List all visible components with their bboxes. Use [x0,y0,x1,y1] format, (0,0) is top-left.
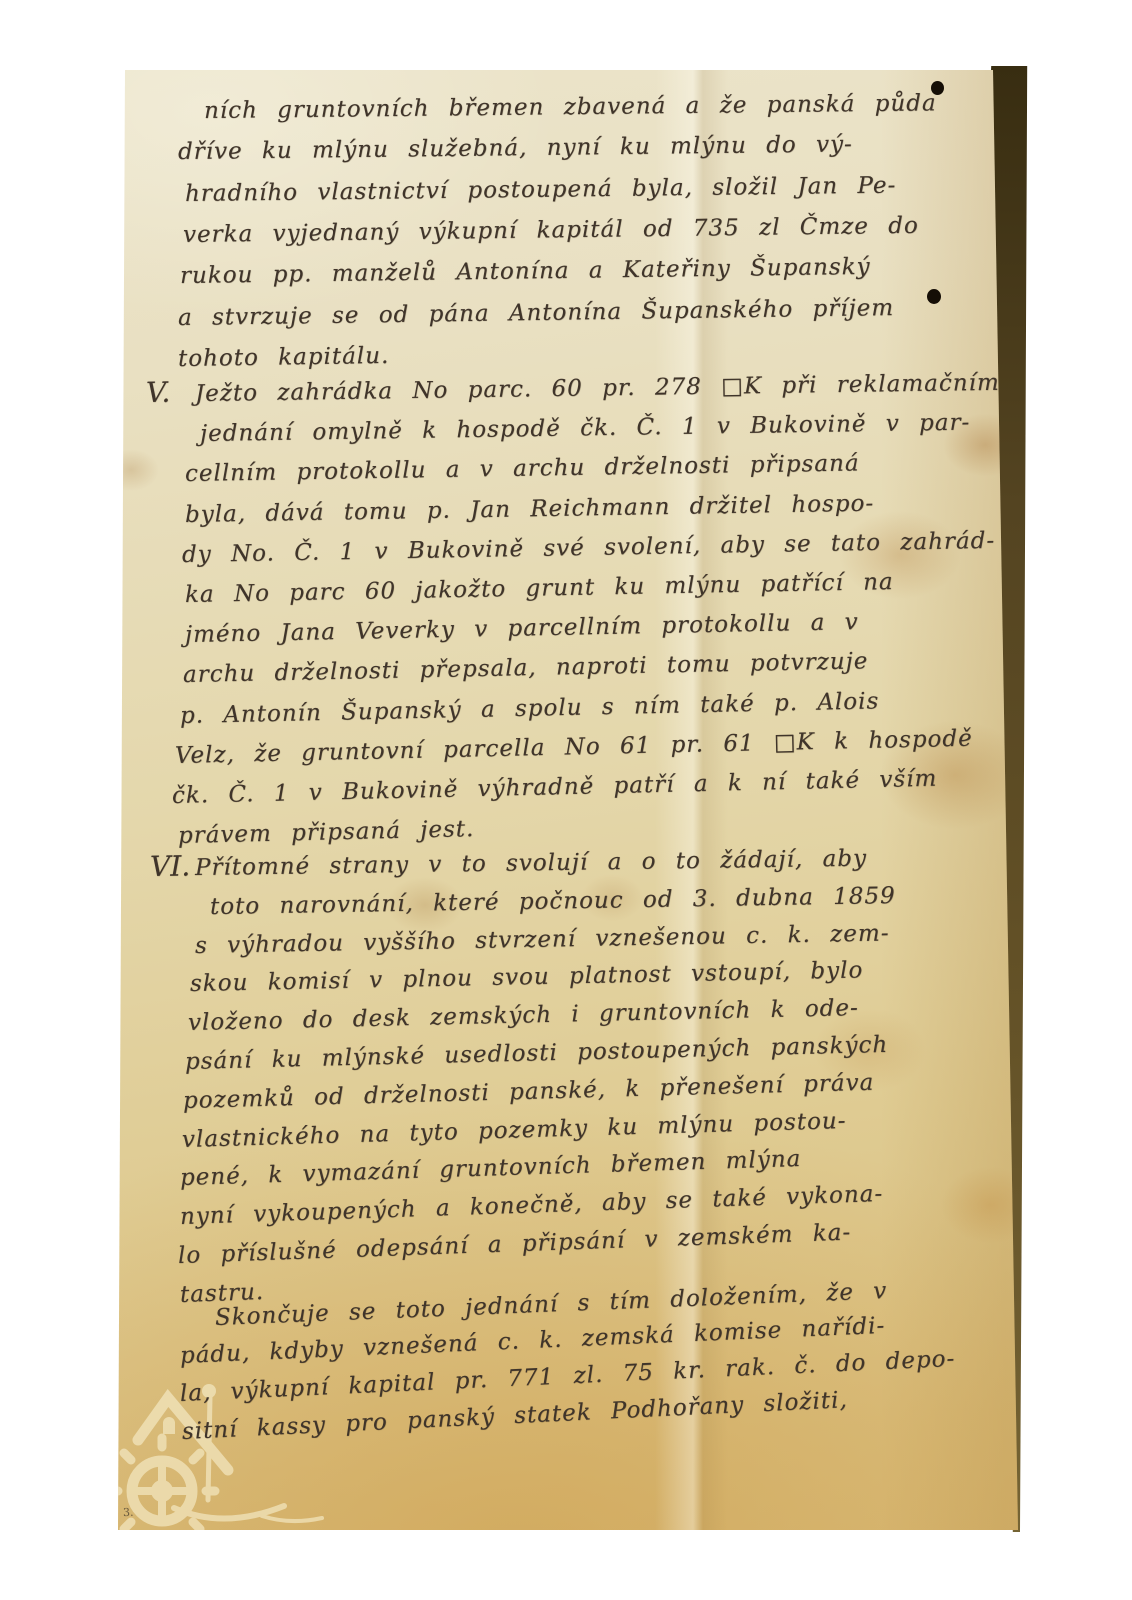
manuscript-line: s výhradou vyššího stvrzení vznešenou c.… [195,922,890,958]
section-numeral: VI. [150,852,191,881]
manuscript-line: cellním protokollu a v archu drželnosti … [185,453,860,487]
manuscript-line: právem připsaná jest. [178,818,475,848]
manuscript-line: Přítomné strany v to svolují a o to žáda… [195,848,867,880]
manuscript-line: verka vyjednaný výkupní kapitál od 735 z… [183,215,919,247]
manuscript-line: dy No. Č. 1 v Bukovině své svolení, aby … [182,530,996,567]
manuscript-line: archu drželnosti přepsala, naproti tomu … [183,651,869,688]
manuscript-line: hradního vlastnictví postoupená byla, sl… [185,174,897,205]
handwritten-text: ních gruntovních břemen zbavená a že pan… [0,0,1132,1600]
manuscript-line: rukou pp. manželů Antonína a Kateřiny Šu… [180,256,871,288]
manuscript-line: lo příslušné odepsání a připsání v zemsk… [178,1222,852,1268]
manuscript-line: jednání omylně k hospodě čk. Č. 1 v Buko… [200,412,971,446]
manuscript-line: psání ku mlýnské usedlosti postoupených … [185,1034,889,1074]
manuscript-line: pené, k vymazání gruntovních břemen mlýn… [180,1148,802,1190]
manuscript-line: pozemků od drželnosti panské, k přenešen… [183,1071,875,1112]
manuscript-page: 3. ních gruntovních břemen zbavená a že … [0,0,1132,1600]
manuscript-line: vloženo do desk zemských i gruntovních k… [188,997,859,1035]
manuscript-line: Ježto zahrádka No parc. 60 pr. 278 □K př… [195,372,1000,406]
manuscript-line: dříve ku mlýnu služebná, nyní ku mlýnu d… [178,134,853,165]
manuscript-line: ních gruntovních břemen zbavená a že pan… [204,92,937,123]
manuscript-line: jméno Jana Veverky v parcellním protokol… [185,611,859,647]
manuscript-line: Velz, že gruntovní parcella No 61 pr. 61… [175,727,973,767]
section-numeral: V. [146,379,171,407]
manuscript-line: čk. Č. 1 v Bukovině výhradně patří a k n… [172,768,938,808]
manuscript-line: ka No parc 60 jakožto grunt ku mlýnu pat… [185,571,894,607]
photo-background: 3. ních gruntovních břemen zbavená a že … [0,0,1132,1600]
manuscript-line: byla, dává tomu p. Jan Reichmann držitel… [185,492,875,526]
manuscript-line: a stvrzuje se od pána Antonína Šupanskéh… [178,297,894,330]
manuscript-line: toto narovnání, které počnouc od 3. dubn… [210,885,896,919]
manuscript-line: p. Antonín Šupanský a spolu s ním také p… [180,690,880,728]
manuscript-line: vlastnického na tyto pozemky ku mlýnu po… [182,1110,847,1152]
manuscript-line: skou komisí v plnou svou platnost vstoup… [190,960,864,997]
manuscript-line: tohoto kapitálu. [178,345,390,371]
